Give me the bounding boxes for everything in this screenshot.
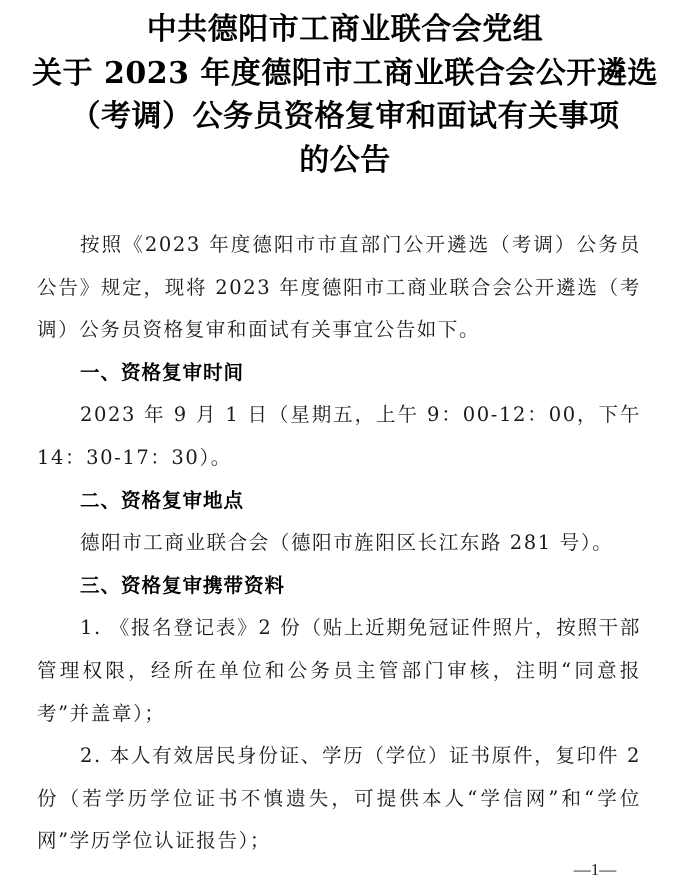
document-title: 中共德阳市工商业联合会党组 关于 2023 年度德阳市工商业联合会公开遴选 （考… xyxy=(0,8,690,182)
page-number: —1— xyxy=(560,860,630,880)
section-paragraph: 2023 年 9 月 1 日（星期五，上午 9：00-12：00，下午 14：3… xyxy=(37,394,641,479)
title-line-4: 的公告 xyxy=(0,139,690,183)
section-heading: 二、资格复审地点 xyxy=(37,480,641,523)
section-required-materials: 三、资格复审携带资料 1. 《报名登记表》2 份（贴上近期免冠证件照片，按照干部… xyxy=(37,565,641,863)
title-line-2: 关于 2023 年度德阳市工商业联合会公开遴选 xyxy=(0,52,690,96)
document-body: 按照《2023 年度德阳市市直部门公开遴选（考调）公务员公告》规定，现将 202… xyxy=(37,224,641,863)
section-heading: 三、资格复审携带资料 xyxy=(37,565,641,608)
list-item: 1. 《报名登记表》2 份（贴上近期免冠证件照片，按照干部管理权限，经所在单位和… xyxy=(37,607,641,735)
title-line-1: 中共德阳市工商业联合会党组 xyxy=(0,8,690,52)
title-line-3: （考调）公务员资格复审和面试有关事项 xyxy=(0,95,690,139)
section-heading: 一、资格复审时间 xyxy=(37,352,641,395)
section-paragraph: 德阳市工商业联合会（德阳市旌阳区长江东路 281 号）。 xyxy=(37,522,641,565)
document-page: 中共德阳市工商业联合会党组 关于 2023 年度德阳市工商业联合会公开遴选 （考… xyxy=(0,0,690,889)
section-review-location: 二、资格复审地点 德阳市工商业联合会（德阳市旌阳区长江东路 281 号）。 xyxy=(37,480,641,565)
section-review-time: 一、资格复审时间 2023 年 9 月 1 日（星期五，上午 9：00-12：0… xyxy=(37,352,641,480)
intro-paragraph: 按照《2023 年度德阳市市直部门公开遴选（考调）公务员公告》规定，现将 202… xyxy=(37,224,641,352)
list-item: 2. 本人有效居民身份证、学历（学位）证书原件，复印件 2 份（若学历学位证书不… xyxy=(37,735,641,863)
